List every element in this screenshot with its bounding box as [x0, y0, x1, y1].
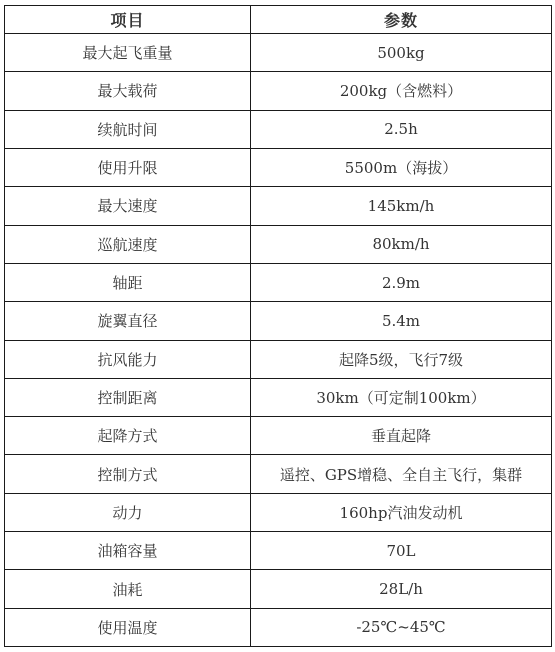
table-row: 最大速度 145km/h — [5, 187, 552, 225]
table-row: 巡航速度 80km/h — [5, 225, 552, 263]
spec-value: 160hp汽油发动机 — [251, 493, 552, 531]
spec-item: 抗风能力 — [5, 340, 251, 378]
table-header-row: 项目 参数 — [5, 6, 552, 34]
spec-item: 最大载荷 — [5, 72, 251, 110]
spec-item: 最大起飞重量 — [5, 34, 251, 72]
table-row: 起降方式 垂直起降 — [5, 417, 552, 455]
spec-item: 旋翼直径 — [5, 302, 251, 340]
spec-value: 2.9m — [251, 263, 552, 301]
table-row: 旋翼直径 5.4m — [5, 302, 552, 340]
table-row: 动力 160hp汽油发动机 — [5, 493, 552, 531]
spec-item: 最大速度 — [5, 187, 251, 225]
spec-item: 油耗 — [5, 570, 251, 608]
table-row: 最大起飞重量 500kg — [5, 34, 552, 72]
spec-item: 动力 — [5, 493, 251, 531]
table-row: 续航时间 2.5h — [5, 110, 552, 148]
header-item: 项目 — [5, 6, 251, 34]
spec-value: 5.4m — [251, 302, 552, 340]
table-row: 油箱容量 70L — [5, 532, 552, 570]
spec-value: 起降5级，飞行7级 — [251, 340, 552, 378]
spec-item: 油箱容量 — [5, 532, 251, 570]
spec-value: 70L — [251, 532, 552, 570]
spec-item: 轴距 — [5, 263, 251, 301]
spec-item: 续航时间 — [5, 110, 251, 148]
spec-value: 5500m（海拔） — [251, 148, 552, 186]
spec-value: 200kg（含燃料） — [251, 72, 552, 110]
spec-value: 垂直起降 — [251, 417, 552, 455]
table-row: 油耗 28L/h — [5, 570, 552, 608]
spec-item: 使用升限 — [5, 148, 251, 186]
header-value: 参数 — [251, 6, 552, 34]
table-row: 控制方式 遥控、GPS增稳、全自主飞行，集群 — [5, 455, 552, 493]
spec-table: 项目 参数 最大起飞重量 500kg 最大载荷 200kg（含燃料） 续航时间 … — [4, 5, 552, 647]
spec-value: 遥控、GPS增稳、全自主飞行，集群 — [251, 455, 552, 493]
spec-item: 控制距离 — [5, 378, 251, 416]
table-row: 轴距 2.9m — [5, 263, 552, 301]
spec-item: 控制方式 — [5, 455, 251, 493]
spec-value: 145km/h — [251, 187, 552, 225]
table-row: 控制距离 30km（可定制100km） — [5, 378, 552, 416]
spec-value: -25℃~45℃ — [251, 608, 552, 646]
spec-value: 28L/h — [251, 570, 552, 608]
spec-table-container: 项目 参数 最大起飞重量 500kg 最大载荷 200kg（含燃料） 续航时间 … — [0, 0, 555, 652]
table-row: 使用温度 -25℃~45℃ — [5, 608, 552, 646]
spec-value: 2.5h — [251, 110, 552, 148]
spec-item: 起降方式 — [5, 417, 251, 455]
table-row: 最大载荷 200kg（含燃料） — [5, 72, 552, 110]
spec-item: 巡航速度 — [5, 225, 251, 263]
spec-value: 30km（可定制100km） — [251, 378, 552, 416]
spec-value: 80km/h — [251, 225, 552, 263]
table-row: 使用升限 5500m（海拔） — [5, 148, 552, 186]
spec-value: 500kg — [251, 34, 552, 72]
table-row: 抗风能力 起降5级，飞行7级 — [5, 340, 552, 378]
spec-item: 使用温度 — [5, 608, 251, 646]
